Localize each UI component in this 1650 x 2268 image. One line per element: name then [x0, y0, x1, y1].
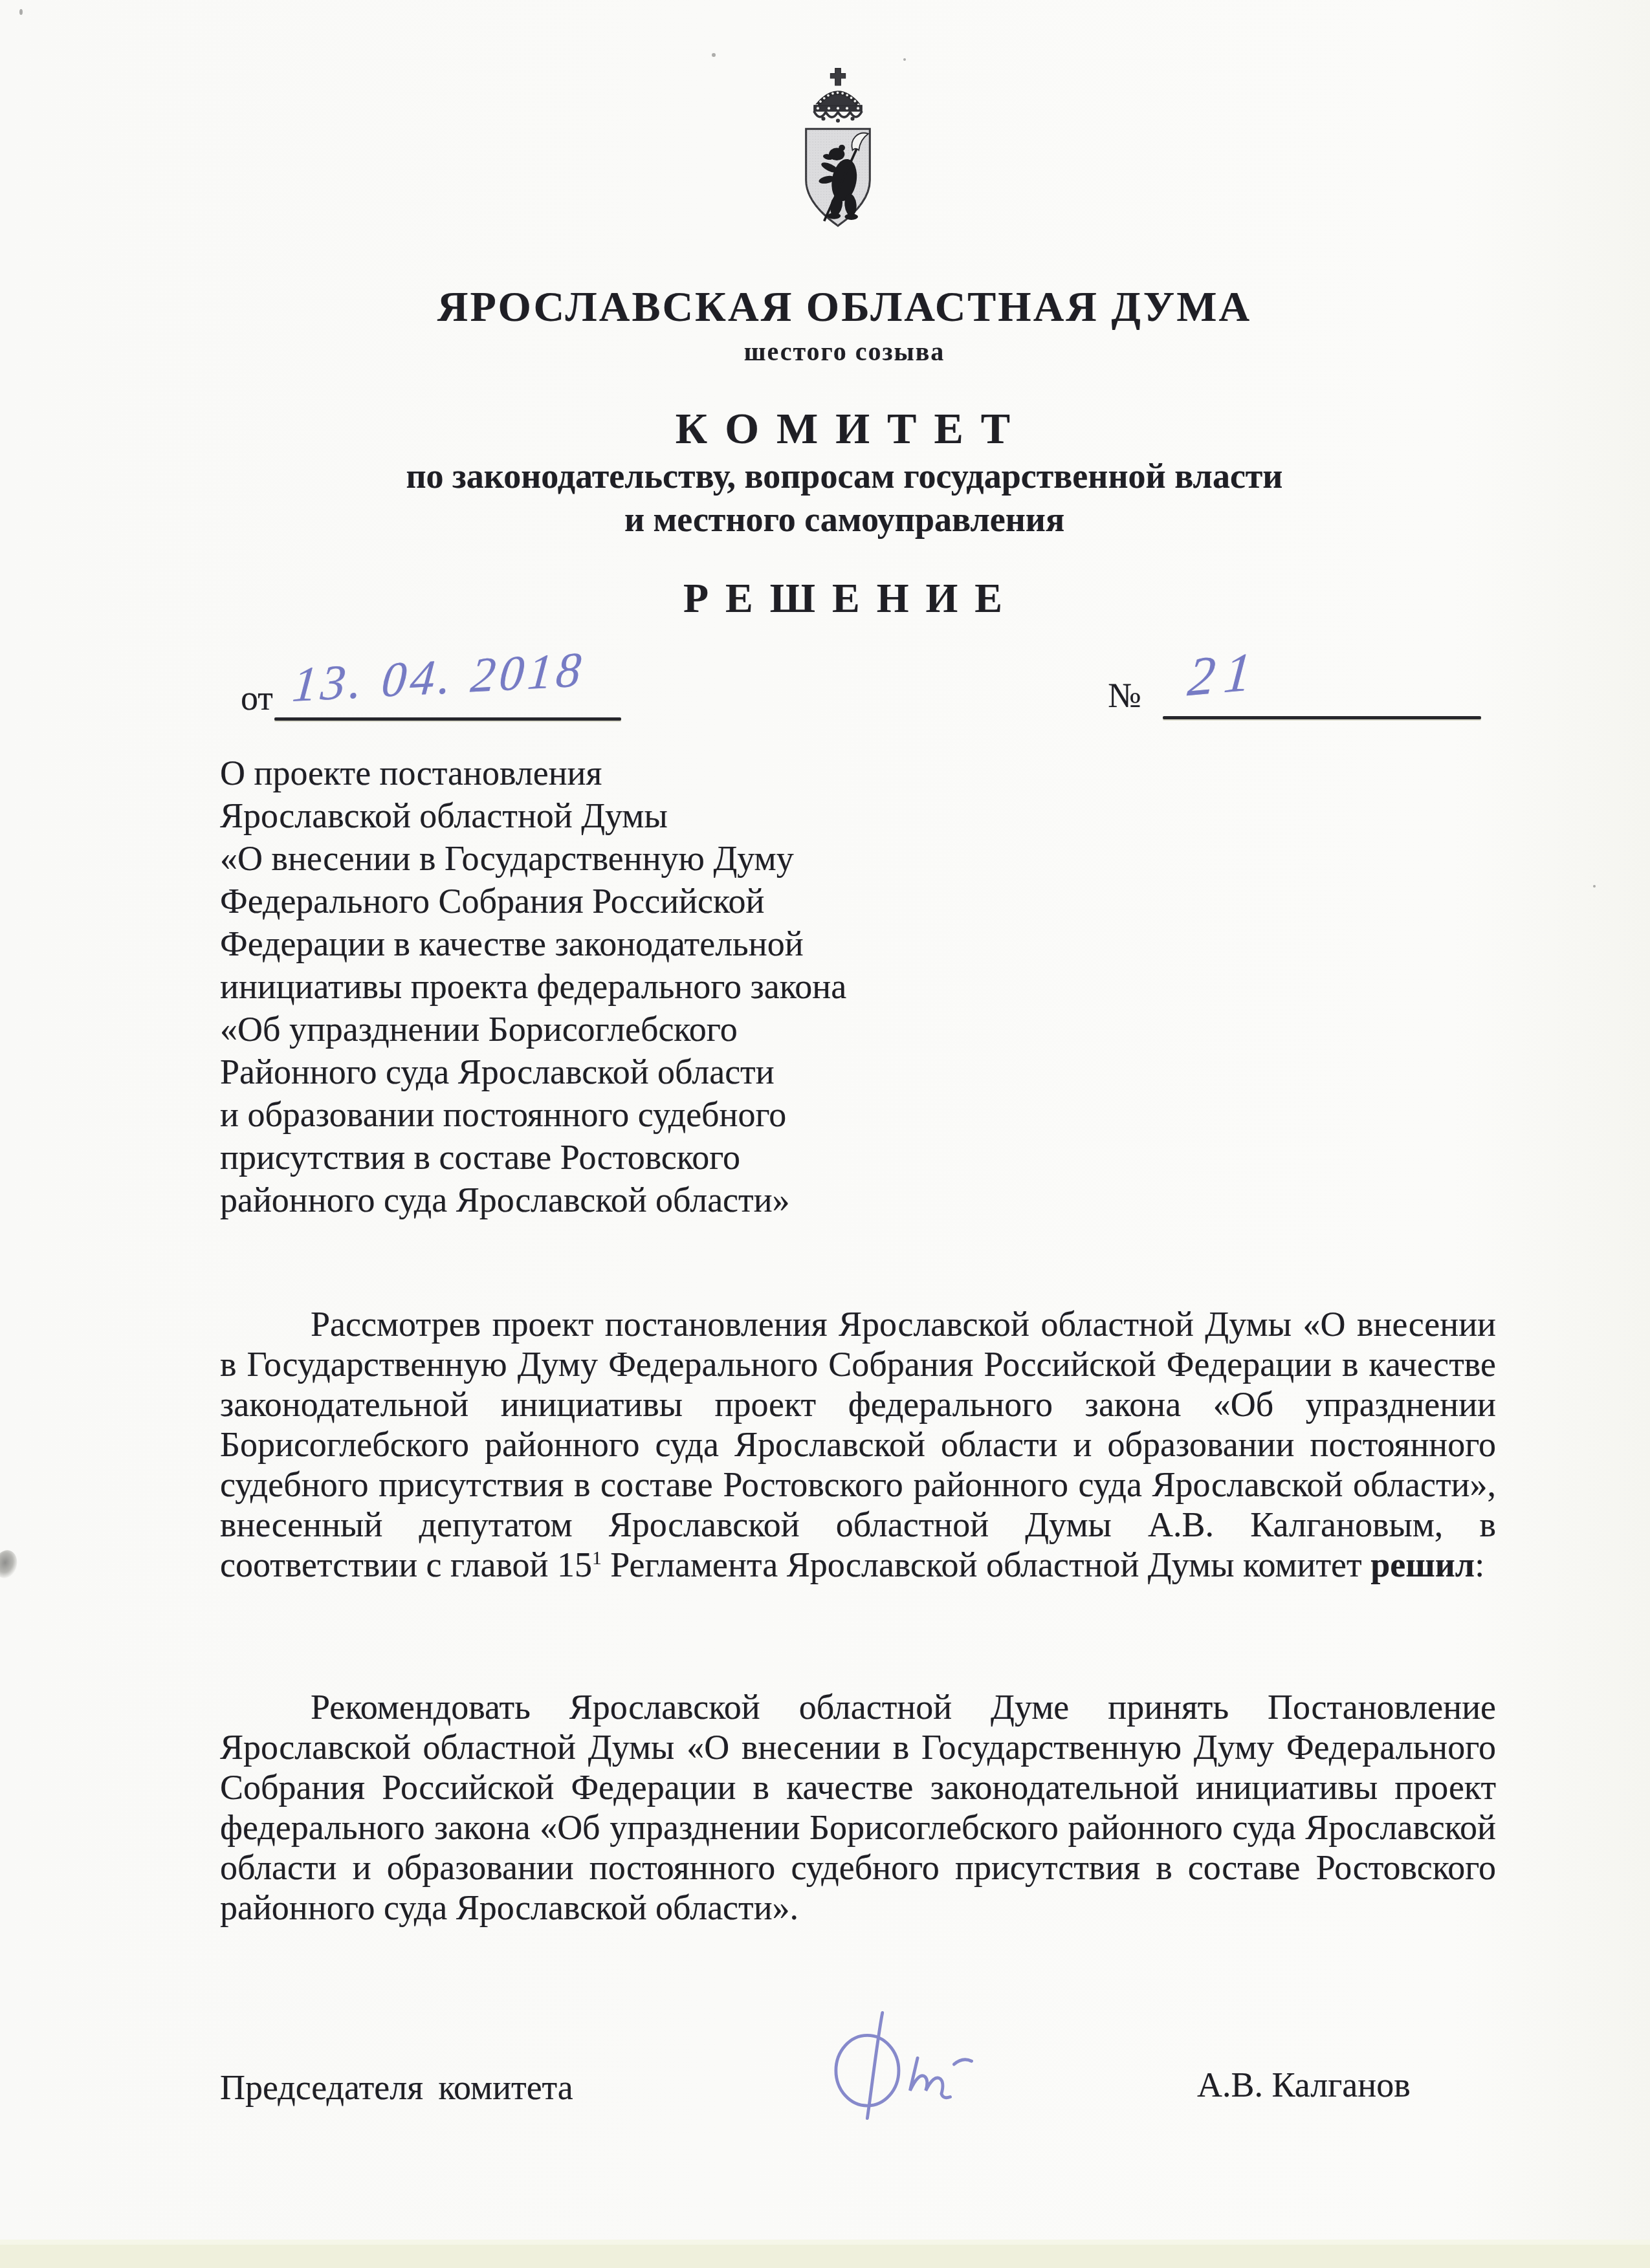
scan-edge-strip — [0, 2245, 1650, 2268]
subject-block: О проекте постановления Ярославской обла… — [220, 752, 1009, 1221]
paragraph1-text-continued: Регламента Ярославской областной Думы ко… — [602, 1545, 1370, 1584]
subject-line: Районного суда Ярославской области — [220, 1051, 1009, 1093]
subject-line: «О внесении в Государственную Думу — [220, 837, 1009, 880]
scanned-document-page: ЯРОСЛАВСКАЯ ОБЛАСТНАЯ ДУМА шестого созыв… — [0, 0, 1650, 2268]
paragraph1-superscript: 1 — [592, 1548, 602, 1569]
convocation-line: шестого созыва — [19, 336, 1650, 367]
subject-line: районного суда Ярославской области» — [220, 1179, 1009, 1221]
date-label: от — [241, 678, 273, 718]
crown-icon — [814, 69, 862, 123]
body-paragraph-1: Рассмотрев проект постановления Ярославс… — [220, 1304, 1496, 1585]
paragraph1-text: Рассмотрев проект постановления Ярославс… — [220, 1305, 1496, 1584]
subject-line: присутствия в составе Ростовского — [220, 1136, 1009, 1179]
paragraph1-colon: : — [1475, 1545, 1484, 1584]
handwritten-signature — [812, 2008, 1026, 2123]
subject-line: и образовании постоянного судебного — [220, 1093, 1009, 1136]
signatory-position-title: Председателя комитета — [220, 2067, 573, 2108]
subject-line: Федерации в качестве законодательной — [220, 922, 1009, 965]
number-label: № — [1108, 675, 1141, 715]
signatory-name: А.В. Калганов — [1197, 2065, 1411, 2105]
number-underline — [1163, 716, 1481, 719]
subject-line: инициативы проекта федерального закона — [220, 965, 1009, 1008]
dust-dot — [1593, 885, 1596, 888]
document-type-heading: Р Е Ш Е Н И Е — [19, 574, 1650, 622]
scan-artifact-speck — [0, 1547, 20, 1580]
yaroslavl-coat-of-arms — [793, 67, 883, 232]
organization-name: ЯРОСЛАВСКАЯ ОБЛАСТНАЯ ДУМА — [19, 283, 1650, 332]
subject-line: О проекте постановления — [220, 752, 1009, 794]
subject-line: Ярославской областной Думы — [220, 794, 1009, 837]
dust-dot — [903, 58, 906, 61]
handwritten-number: 21 — [1185, 640, 1263, 710]
body-paragraph-2: Рекомендовать Ярославской областной Думе… — [220, 1687, 1496, 1928]
committee-description-line2: и местного самоуправления — [19, 499, 1650, 540]
dust-dot — [712, 53, 716, 57]
dust-dot — [19, 9, 23, 15]
subject-line: Федерального Собрания Российской — [220, 880, 1009, 922]
committee-description-line1: по законодательству, вопросам государств… — [19, 456, 1650, 496]
handwritten-date: 13. 04. 2018 — [290, 642, 587, 714]
paragraph1-emphasis-reshil: решил — [1370, 1545, 1475, 1584]
date-underline — [274, 717, 621, 721]
committee-heading: К О М И Т Е Т — [19, 403, 1650, 454]
paragraph2-text: Рекомендовать Ярославской областной Думе… — [220, 1688, 1496, 1927]
scan-edge-strip-light — [0, 2240, 1650, 2245]
subject-line: «Об упразднении Борисоглебского — [220, 1008, 1009, 1051]
